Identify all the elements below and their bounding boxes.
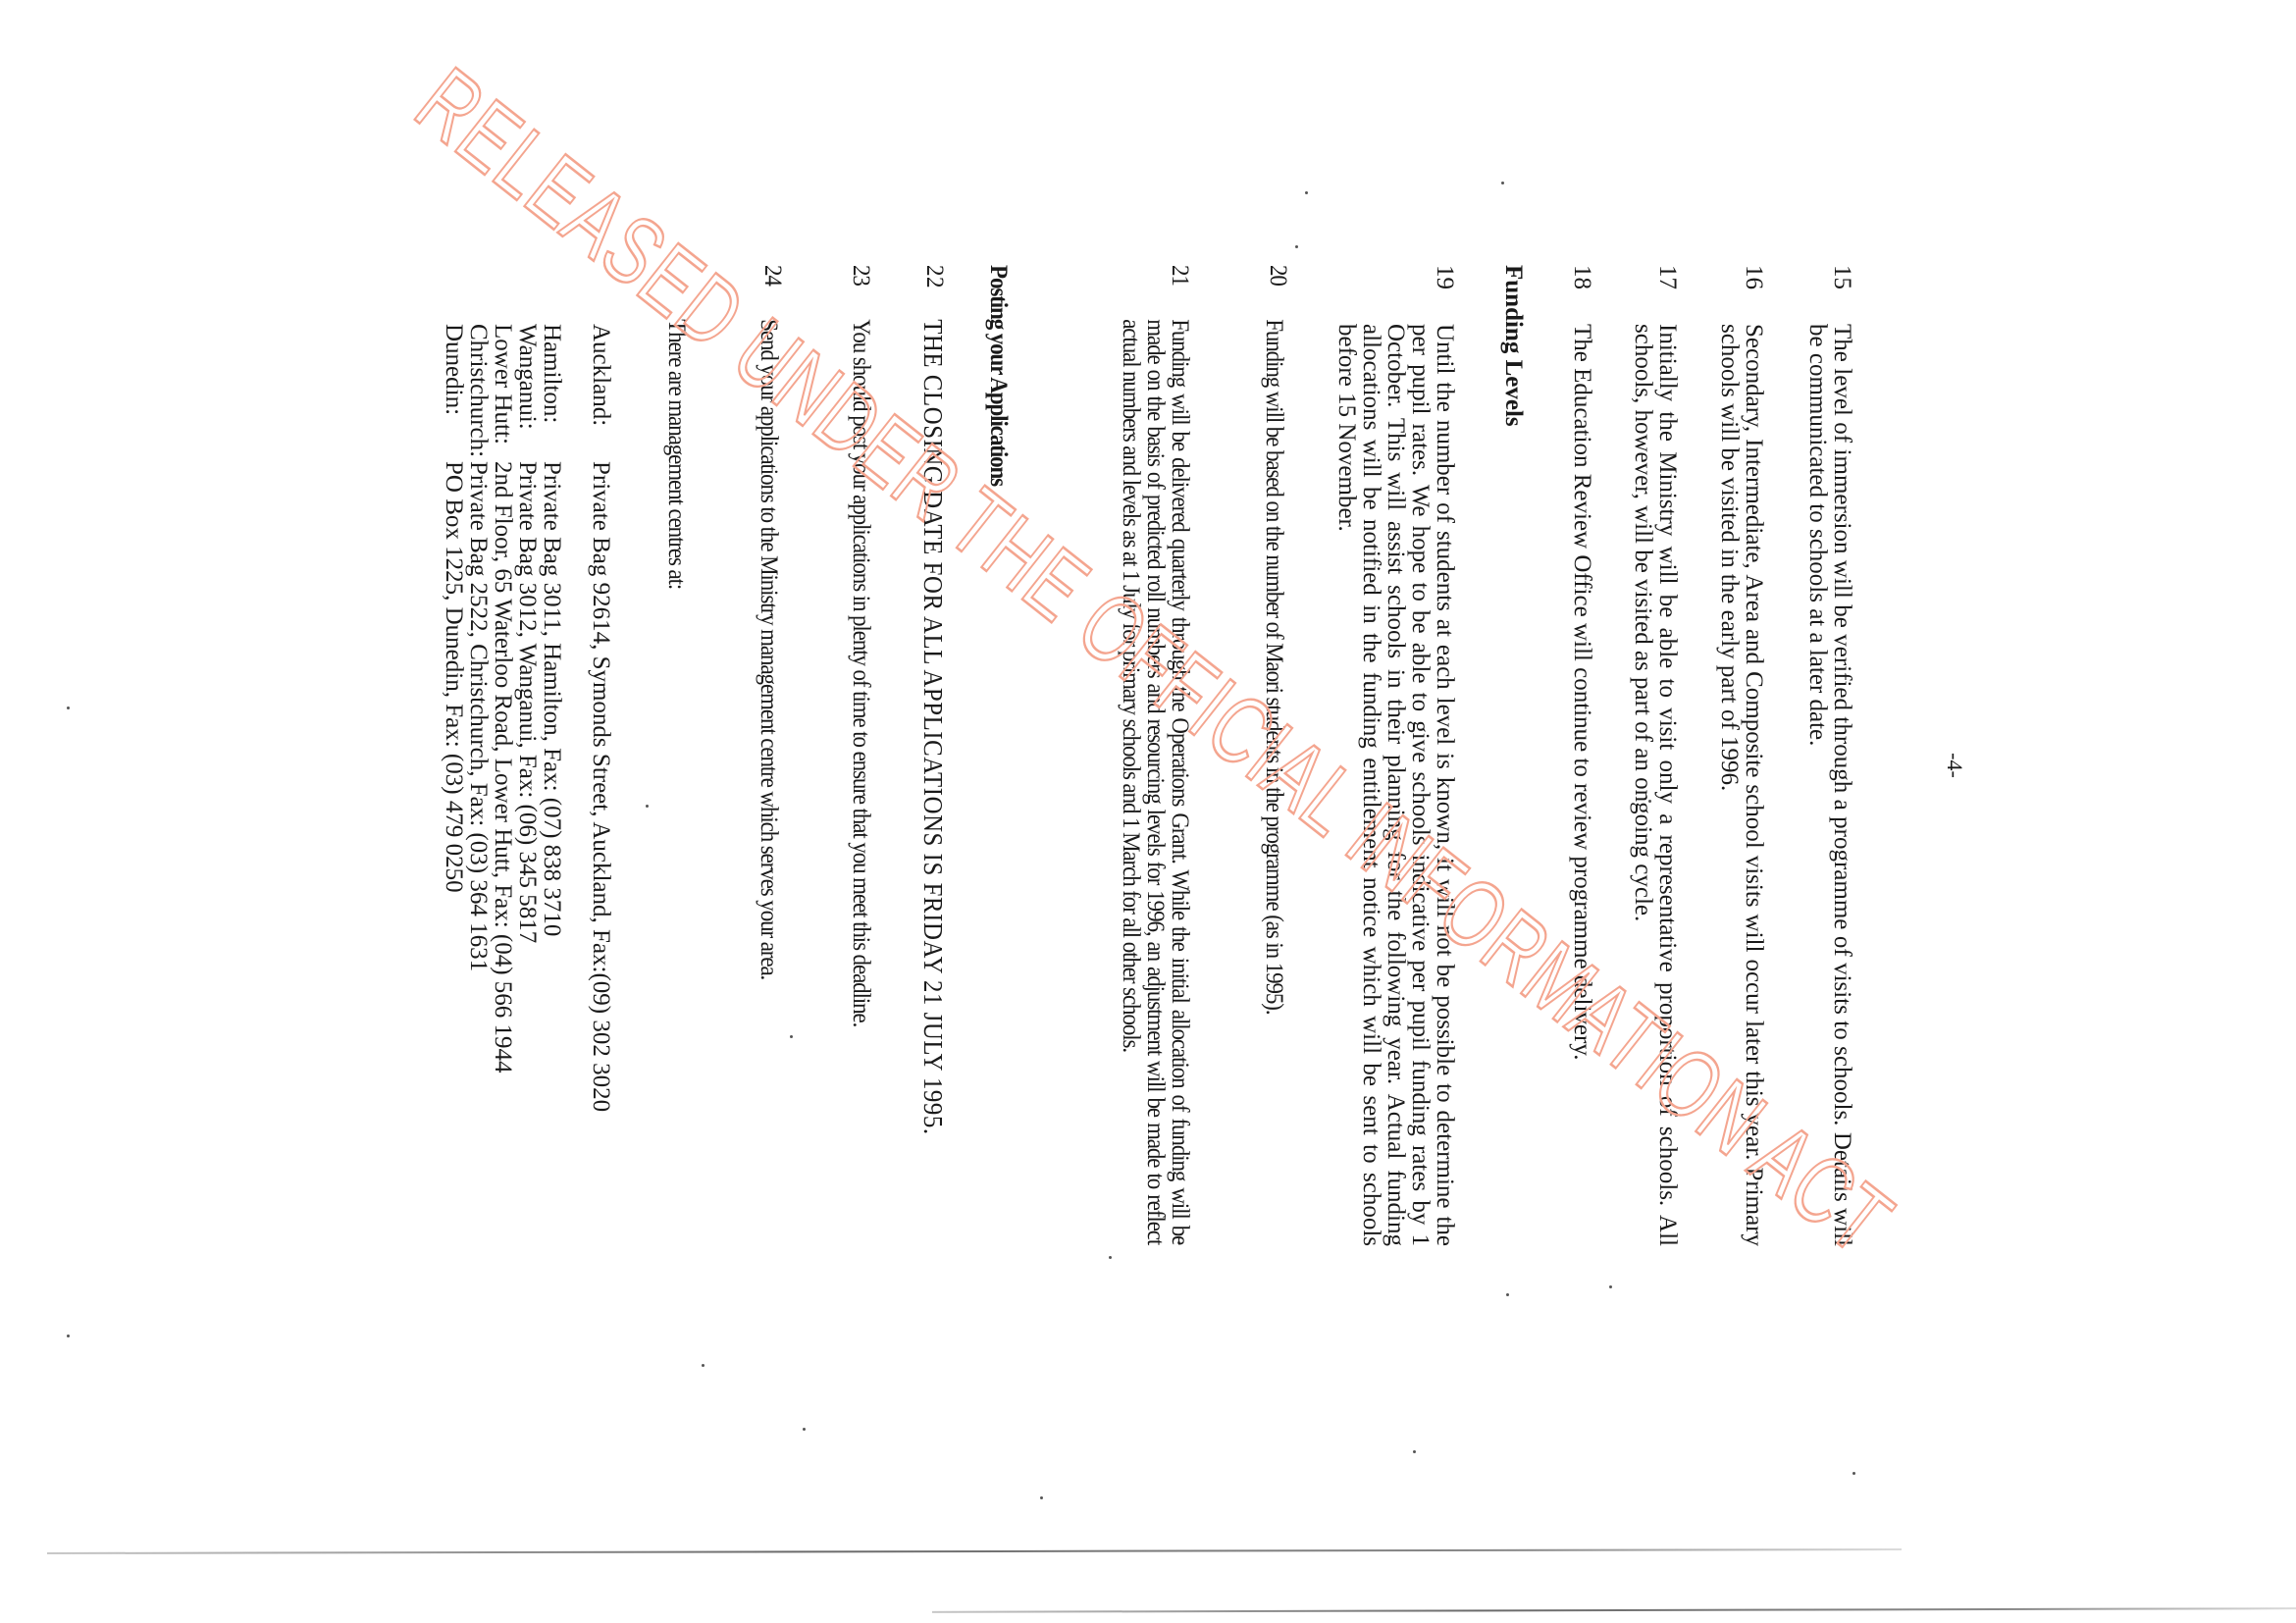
- funding-levels-heading: Funding Levels: [1501, 265, 1526, 427]
- paragraph-23: 23 You should post your applications in …: [849, 265, 873, 1244]
- centre-auckland: Auckland: Private Bag 92614, Symonds Str…: [589, 324, 613, 1246]
- paragraph-21: 21 Funding will be delivered quarterly t…: [1119, 265, 1192, 1244]
- centre-address: 2nd Floor, 65 Waterloo Road, Lower Hutt,…: [491, 461, 515, 1246]
- paragraph-16: 16 Secondary, Intermediate, Area and Com…: [1717, 265, 1766, 1246]
- paragraph-number: 18: [1570, 265, 1594, 314]
- centres-intro-text: There are management centres at:: [664, 319, 689, 1244]
- paragraph-text: Funding will be delivered quarterly thro…: [1119, 319, 1192, 1244]
- centre-dunedin: Dunedin: PO Box 1225, Dunedin, Fax: (03)…: [442, 324, 466, 1246]
- paragraph-number: 24: [760, 265, 785, 310]
- paragraph-22: 22 THE CLOSING DATE FOR ALL APPLICATIONS…: [919, 265, 947, 1244]
- centre-address: Private Bag 3011, Hamilton, Fax: (07) 83…: [540, 461, 564, 1246]
- paragraph-number: 16: [1742, 265, 1766, 314]
- scan-edge-line-lower: [932, 1607, 2296, 1613]
- scan-speck: [1040, 1496, 1043, 1499]
- scan-edge-line-upper: [47, 1548, 1902, 1554]
- scan-speck: [67, 1335, 70, 1337]
- scan-speck: [803, 1428, 806, 1431]
- document-page: -4- 15 The level of immersion will be ve…: [69, 226, 1933, 1305]
- paragraph-text: Initially the Ministry will be able to v…: [1631, 324, 1680, 1246]
- paragraph-text: The level of immersion will be verified …: [1805, 324, 1854, 1246]
- paragraph-17: 17 Initially the Ministry will be able t…: [1631, 265, 1680, 1246]
- centre-city: Lower Hutt:: [491, 324, 515, 461]
- paragraph-number: 15: [1830, 265, 1854, 314]
- paragraph-15: 15 The level of immersion will be verifi…: [1805, 265, 1854, 1246]
- page-number: -4-: [1942, 226, 1967, 1305]
- paragraph-text: You should post your applications in ple…: [849, 319, 873, 1244]
- paragraph-number: 20: [1266, 265, 1290, 310]
- paragraph-text: Until the number of students at each lev…: [1334, 324, 1457, 1246]
- scan-speck: [1501, 182, 1504, 184]
- scan-speck: [1852, 1472, 1855, 1475]
- centres-intro: There are management centres at:: [664, 265, 689, 1244]
- scan-speck: [1305, 191, 1308, 194]
- paragraph-number: 21: [1168, 265, 1192, 310]
- paragraph-number: 17: [1655, 265, 1680, 314]
- paragraph-18: 18 The Education Review Office will cont…: [1570, 265, 1594, 1246]
- centre-hamilton: Hamilton: Private Bag 3011, Hamilton, Fa…: [540, 324, 564, 1246]
- paragraph-24: 24 Send your applications to the Ministr…: [752, 265, 785, 1244]
- paragraph-text: Send your applications to the Ministry m…: [752, 319, 785, 1244]
- paragraph-20: 20 Funding will be based on the number o…: [1257, 265, 1290, 1244]
- scan-speck: [702, 1364, 704, 1367]
- paragraph-19: 19 Until the number of students at each …: [1334, 265, 1457, 1246]
- paragraph-number: 22: [922, 265, 947, 310]
- centre-wanganui: Wanganui: Private Bag 3012, Wanganui, Fa…: [515, 324, 540, 1246]
- paragraph-number: 19: [1433, 265, 1457, 314]
- scan-speck: [1413, 1450, 1416, 1453]
- posting-applications-heading: Posting your Applications: [986, 265, 1011, 486]
- centre-city: Dunedin:: [442, 324, 466, 461]
- centre-address: Private Bag 2522, Christchurch, Fax: (03…: [466, 461, 491, 1246]
- paragraph-number: 23: [849, 265, 873, 310]
- centre-city: Hamilton:: [540, 324, 564, 461]
- management-centres-list: Auckland: Private Bag 92614, Symonds Str…: [442, 324, 613, 1246]
- centre-city: Auckland:: [589, 324, 613, 461]
- centre-christchurch: Christchurch: Private Bag 2522, Christch…: [466, 324, 491, 1246]
- centre-address: Private Bag 3012, Wanganui, Fax: (06) 34…: [515, 461, 540, 1246]
- paragraph-text: The Education Review Office will continu…: [1570, 324, 1594, 1246]
- centre-lower-hutt: Lower Hutt: 2nd Floor, 65 Waterloo Road,…: [491, 324, 515, 1246]
- paragraph-text: Secondary, Intermediate, Area and Compos…: [1717, 324, 1766, 1246]
- centre-city: Wanganui:: [515, 324, 540, 461]
- paragraph-text: Funding will be based on the number of M…: [1257, 319, 1290, 1244]
- centre-city: Christchurch:: [466, 324, 491, 461]
- centre-address: PO Box 1225, Dunedin, Fax: (03) 479 0250: [442, 461, 466, 1246]
- centre-address: Private Bag 92614, Symonds Street, Auckl…: [589, 461, 613, 1246]
- paragraph-text: THE CLOSING DATE FOR ALL APPLICATIONS IS…: [919, 319, 947, 1244]
